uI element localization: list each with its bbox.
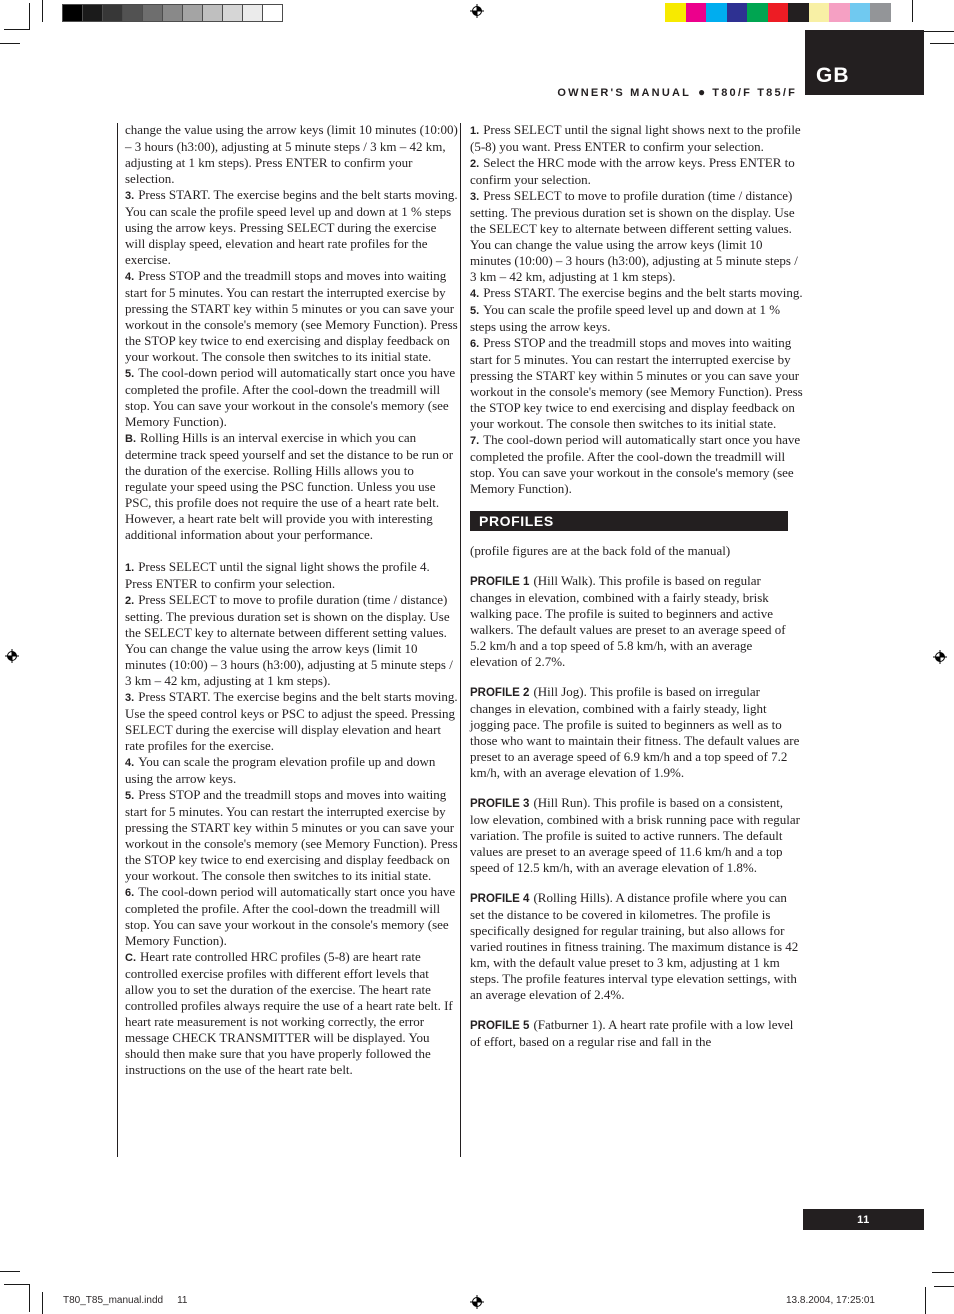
color-swatch bbox=[747, 3, 768, 22]
registration-mark-icon bbox=[470, 1295, 484, 1309]
profiles-section-header: PROFILES bbox=[470, 511, 788, 531]
column-rule bbox=[460, 123, 461, 1157]
instruction-block: 1.Press SELECT until the signal light sh… bbox=[125, 559, 458, 1078]
grayscale-swatch bbox=[102, 5, 122, 21]
step-number: 5. bbox=[125, 368, 134, 380]
paragraph: 5.The cool-down period will automaticall… bbox=[125, 365, 458, 430]
paragraph: change the value using the arrow keys (l… bbox=[125, 122, 458, 187]
profile-label: PROFILE 3 bbox=[470, 798, 529, 810]
crop-mark bbox=[924, 31, 954, 32]
model-name: T80/F T85/F bbox=[712, 87, 797, 99]
step-number: C. bbox=[125, 952, 136, 964]
crop-mark bbox=[934, 1286, 954, 1287]
grayscale-swatch bbox=[82, 5, 102, 21]
crop-mark bbox=[912, 0, 913, 22]
paragraph: 7.The cool-down period will automaticall… bbox=[470, 432, 803, 497]
paragraph: 4.Press START. The exercise begins and t… bbox=[470, 285, 803, 302]
crop-mark bbox=[930, 43, 954, 44]
step-number: 1. bbox=[470, 125, 479, 137]
language-tab-label: GB bbox=[816, 64, 850, 88]
paragraph: 4.Press STOP and the treadmill stops and… bbox=[125, 268, 458, 365]
paragraph: 3.Press SELECT to move to profile durati… bbox=[470, 188, 803, 285]
page-number-badge: 11 bbox=[803, 1209, 924, 1230]
paragraph: 1.Press SELECT until the signal light sh… bbox=[125, 559, 458, 592]
color-swatch bbox=[829, 3, 850, 22]
paragraph: 3.Press START. The exercise begins and t… bbox=[125, 689, 458, 754]
crop-mark bbox=[4, 1284, 30, 1285]
paragraph-text: The cool-down period will automatically … bbox=[125, 884, 455, 948]
crop-mark bbox=[4, 29, 30, 30]
profile-description: PROFILE 4(Rolling Hills). A distance pro… bbox=[470, 890, 803, 1003]
right-column: 1.Press SELECT until the signal light sh… bbox=[470, 122, 803, 1050]
bullet-icon: ● bbox=[698, 85, 705, 99]
registration-mark-icon bbox=[933, 650, 947, 664]
paragraph: 6.Press STOP and the treadmill stops and… bbox=[470, 335, 803, 432]
profile-description: PROFILE 1(Hill Walk). This profile is ba… bbox=[470, 573, 803, 670]
paragraph: 2.Select the HRC mode with the arrow key… bbox=[470, 155, 803, 188]
registration-mark-icon bbox=[5, 649, 19, 663]
crop-mark bbox=[0, 1271, 20, 1272]
grayscale-swatch bbox=[122, 5, 142, 21]
step-number: 3. bbox=[125, 692, 134, 704]
step-number: B. bbox=[125, 433, 136, 445]
column-rule bbox=[117, 123, 118, 1157]
manual-page: GB OWNER'S MANUAL●T80/F T85/F change the… bbox=[0, 0, 954, 1314]
profile-label: PROFILE 4 bbox=[470, 893, 529, 905]
paragraph-text: The cool-down period will automatically … bbox=[125, 365, 455, 429]
crop-mark bbox=[925, 1287, 926, 1314]
footer-imprint: T80_T85_manual.indd11 bbox=[63, 1295, 187, 1306]
language-tab: GB bbox=[805, 30, 924, 95]
page-number: 11 bbox=[857, 1214, 870, 1226]
profile-label: PROFILE 2 bbox=[470, 687, 529, 699]
manual-title: OWNER'S MANUAL bbox=[557, 87, 691, 99]
grayscale-swatch bbox=[182, 5, 202, 21]
color-swatch bbox=[706, 3, 727, 22]
paragraph: C.Heart rate controlled HRC profiles (5-… bbox=[125, 949, 458, 1078]
paragraph-text: Press STOP and the treadmill stops and m… bbox=[125, 268, 458, 364]
color-swatch bbox=[768, 3, 789, 22]
grayscale-swatch bbox=[162, 5, 182, 21]
paragraph-text: Press START. The exercise begins and the… bbox=[125, 689, 458, 753]
paragraph: 3.Press START. The exercise begins and t… bbox=[125, 187, 458, 268]
paragraph-text: Press SELECT to move to profile duration… bbox=[470, 188, 798, 284]
grayscale-swatch bbox=[262, 5, 282, 21]
profiles-note: (profile figures are at the back fold of… bbox=[470, 543, 803, 559]
step-number: 4. bbox=[125, 757, 134, 769]
profile-label: PROFILE 5 bbox=[470, 1020, 529, 1032]
page-header: OWNER'S MANUAL●T80/F T85/F bbox=[557, 85, 797, 99]
color-swatch bbox=[788, 3, 809, 22]
color-calibration-bar bbox=[665, 3, 891, 22]
crop-mark bbox=[29, 3, 30, 30]
footer-timestamp: 13.8.2004, 17:25:01 bbox=[786, 1295, 875, 1306]
step-number: 5. bbox=[125, 790, 134, 802]
left-column: change the value using the arrow keys (l… bbox=[125, 122, 458, 1078]
color-swatch bbox=[870, 3, 891, 22]
crop-mark bbox=[42, 1292, 43, 1314]
step-number: 5. bbox=[470, 305, 479, 317]
step-number: 3. bbox=[470, 191, 479, 203]
paragraph: B.Rolling Hills is an interval exercise … bbox=[125, 430, 458, 543]
paragraph-text: Rolling Hills is an interval exercise in… bbox=[125, 430, 453, 542]
imprint-page-number: 11 bbox=[177, 1295, 187, 1306]
grayscale-swatch bbox=[142, 5, 162, 21]
registration-mark-icon bbox=[470, 4, 484, 18]
profile-description: PROFILE 2(Hill Jog). This profile is bas… bbox=[470, 684, 803, 781]
step-number: 6. bbox=[470, 338, 479, 350]
paragraph-text: Press SELECT until the signal light show… bbox=[470, 122, 801, 154]
step-number: 4. bbox=[125, 271, 134, 283]
step-number: 7. bbox=[470, 435, 479, 447]
paragraph-text: The cool-down period will automatically … bbox=[470, 432, 800, 496]
grayscale-swatch bbox=[63, 5, 82, 21]
file-name: T80_T85_manual.indd bbox=[63, 1295, 163, 1306]
crop-mark bbox=[42, 0, 43, 22]
profile-label: PROFILE 1 bbox=[470, 576, 529, 588]
paragraph-text: change the value using the arrow keys (l… bbox=[125, 122, 458, 186]
paragraph-text: Select the HRC mode with the arrow keys.… bbox=[470, 155, 795, 187]
paragraph-text: Press STOP and the treadmill stops and m… bbox=[470, 335, 803, 431]
grayscale-swatch bbox=[222, 5, 242, 21]
step-number: 2. bbox=[125, 595, 134, 607]
crop-mark bbox=[29, 1284, 30, 1312]
instruction-block: change the value using the arrow keys (l… bbox=[125, 122, 458, 543]
grayscale-swatch bbox=[242, 5, 262, 21]
crop-mark bbox=[0, 43, 20, 44]
paragraph: 5.Press STOP and the treadmill stops and… bbox=[125, 787, 458, 884]
paragraph-text: You can scale the program elevation prof… bbox=[125, 754, 435, 786]
step-number: 1. bbox=[125, 562, 134, 574]
paragraph-text: Heart rate controlled HRC profiles (5-8)… bbox=[125, 949, 453, 1077]
paragraph-text: Press STOP and the treadmill stops and m… bbox=[125, 787, 458, 883]
paragraph-text: Press START. The exercise begins and the… bbox=[125, 187, 458, 267]
instruction-block: 1.Press SELECT until the signal light sh… bbox=[470, 122, 803, 497]
crop-mark bbox=[932, 1272, 954, 1273]
color-swatch bbox=[727, 3, 748, 22]
color-swatch bbox=[809, 3, 830, 22]
grayscale-calibration-bar bbox=[62, 4, 283, 22]
paragraph: 5.You can scale the profile speed level … bbox=[470, 302, 803, 335]
paragraph: 2.Press SELECT to move to profile durati… bbox=[125, 592, 458, 689]
paragraph: 6.The cool-down period will automaticall… bbox=[125, 884, 458, 949]
color-swatch bbox=[665, 3, 686, 22]
step-number: 6. bbox=[125, 887, 134, 899]
step-number: 4. bbox=[470, 288, 479, 300]
paragraph-text: Press SELECT until the signal light show… bbox=[125, 559, 430, 591]
step-number: 3. bbox=[125, 190, 134, 202]
section-title: PROFILES bbox=[479, 513, 554, 529]
paragraph-text: (Rolling Hills). A distance profile wher… bbox=[470, 890, 798, 1002]
paragraph: 4.You can scale the program elevation pr… bbox=[125, 754, 458, 787]
profile-description: PROFILE 5(Fatburner 1). A heart rate pro… bbox=[470, 1017, 803, 1050]
paragraph-text: You can scale the profile speed level up… bbox=[470, 302, 780, 334]
paragraph-text: Press START. The exercise begins and the… bbox=[483, 285, 802, 300]
profile-description: PROFILE 3(Hill Run). This profile is bas… bbox=[470, 795, 803, 876]
color-swatch bbox=[850, 3, 871, 22]
step-number: 2. bbox=[470, 158, 479, 170]
color-swatch bbox=[686, 3, 707, 22]
paragraph-text: Press SELECT to move to profile duration… bbox=[125, 592, 453, 688]
grayscale-swatch bbox=[202, 5, 222, 21]
paragraph: 1.Press SELECT until the signal light sh… bbox=[470, 122, 803, 155]
